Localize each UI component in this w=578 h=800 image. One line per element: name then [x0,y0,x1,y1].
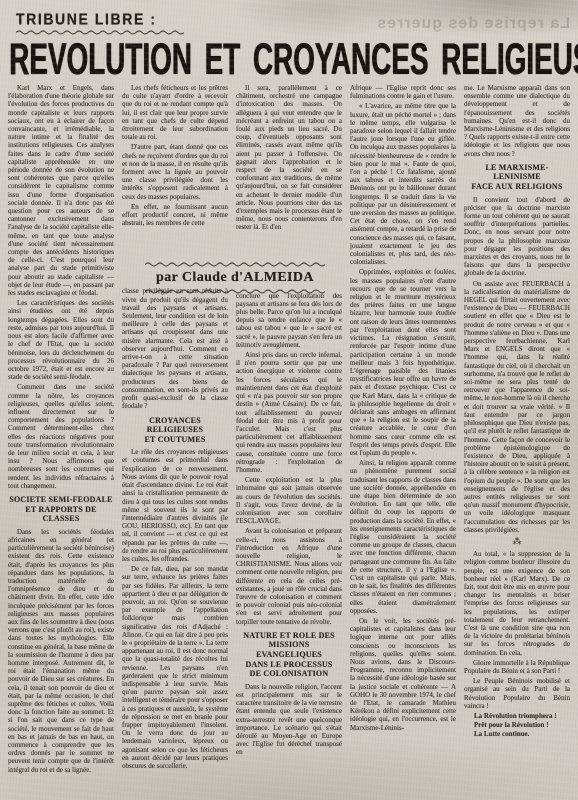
paragraph: Les caractéristiques des sociétés ainsi … [8,299,114,381]
slogan-line: La Lutte continue. [464,730,570,738]
column-3: Il sera, parallèlement à ce châtiment, o… [236,84,342,798]
paragraph: Ainsi pris dans un cercle infernal, il n… [236,351,342,474]
newspaper-page: La reprise des guerres TRIBUNE LIBRE : R… [0,0,578,800]
paragraph: Au total, « la suppression de la religio… [464,550,570,657]
byline-wavy-rule-top [145,261,325,268]
paragraph: Opprimées, exploitées et foulées, les ma… [350,268,456,457]
page-title: REVOLUTION ET CROYANCES RELIGIEUSES [9,37,578,82]
paragraph: En effet, ne fournissant aucun effort pr… [122,203,228,228]
paragraph: Le rôle des croyances religieuses et cou… [122,448,228,563]
paragraph: me. Le Marxisme apparaît dans son ensemb… [464,84,570,158]
paragraph: Karl Marx et Engels, dans l'élaboration … [8,84,114,297]
bleedthrough-text: La reprise des guerres [284,14,570,34]
section-heading: SOCIETE SEMI-FEODALE ET RAPPORTS DE CLAS… [8,495,114,524]
column-2: Les chefs féticheurs et les prêtres du c… [122,84,228,798]
paragraph: Ainsi, la religion apparaît comme un phé… [350,459,456,615]
paragraph: D'autre part, étant donné que ces chefs … [122,143,228,200]
paragraph: « L'avarice, au même titre que la luxure… [350,102,456,266]
slogan-line: La Révolution triomphera ! [464,712,570,720]
paragraph: Dans la nouvelle religion, l'accent est … [236,683,342,757]
paragraph: On le voit, les sociétés pré-capitaliste… [350,617,456,732]
paragraph: Dans les sociétés féodales africaines en… [8,528,114,774]
section-heading: CROYANCES RELIGIEUSES ET COUTUMES [122,416,228,445]
paragraph: Le Peuple Béninois mobilisé et organisé … [464,677,570,710]
paragraph: Afrique — l'Eglise reprit donc ses fulmi… [350,84,456,100]
kicker-heading: TRIBUNE LIBRE : [16,11,157,27]
section-heading: NATURE ET ROLE DES MISSIONS EVANGELIQUES… [236,631,342,679]
paragraph: Il sera, parallèlement à ce châtiment, o… [236,84,342,232]
column-5: me. Le Marxisme apparaît dans son ensemb… [464,84,570,798]
paragraph: Cette exploitation est la plus inhumaine… [236,476,342,525]
paragraph: De ce fait, dieu, par son mandat sur ter… [122,565,228,770]
column-1: Karl Marx et Engels, dans l'élaboration … [8,84,114,798]
paragraph: Les chefs féticheurs et les prêtres du c… [122,84,228,141]
paragraph: Il convient tout d'abord de préciser que… [464,196,570,278]
column-4: Afrique — l'Eglise reprit donc ses fulmi… [350,84,456,798]
byline-box: par Claude d'ALMEIDA [134,250,336,306]
paragraph: On assiste avec FEUERBACH à la radicalis… [464,280,570,534]
paragraph: Avant la colonisation et préparant celle… [236,527,342,625]
paragraph: Comment dans une société comme la nôtre,… [8,383,114,490]
byline-wavy-rule-bottom [145,288,325,295]
asterism-divider: ⁂ [464,538,570,546]
section-heading: LE MARXISME-LENINISME FACE AUX RELIGIONS [464,163,570,192]
slogan-line: Prêt pour la Révolution ! [464,721,570,729]
paragraph: Gloire immortelle à la République Popula… [464,659,570,675]
byline: par Claude d'ALMEIDA [156,271,314,285]
